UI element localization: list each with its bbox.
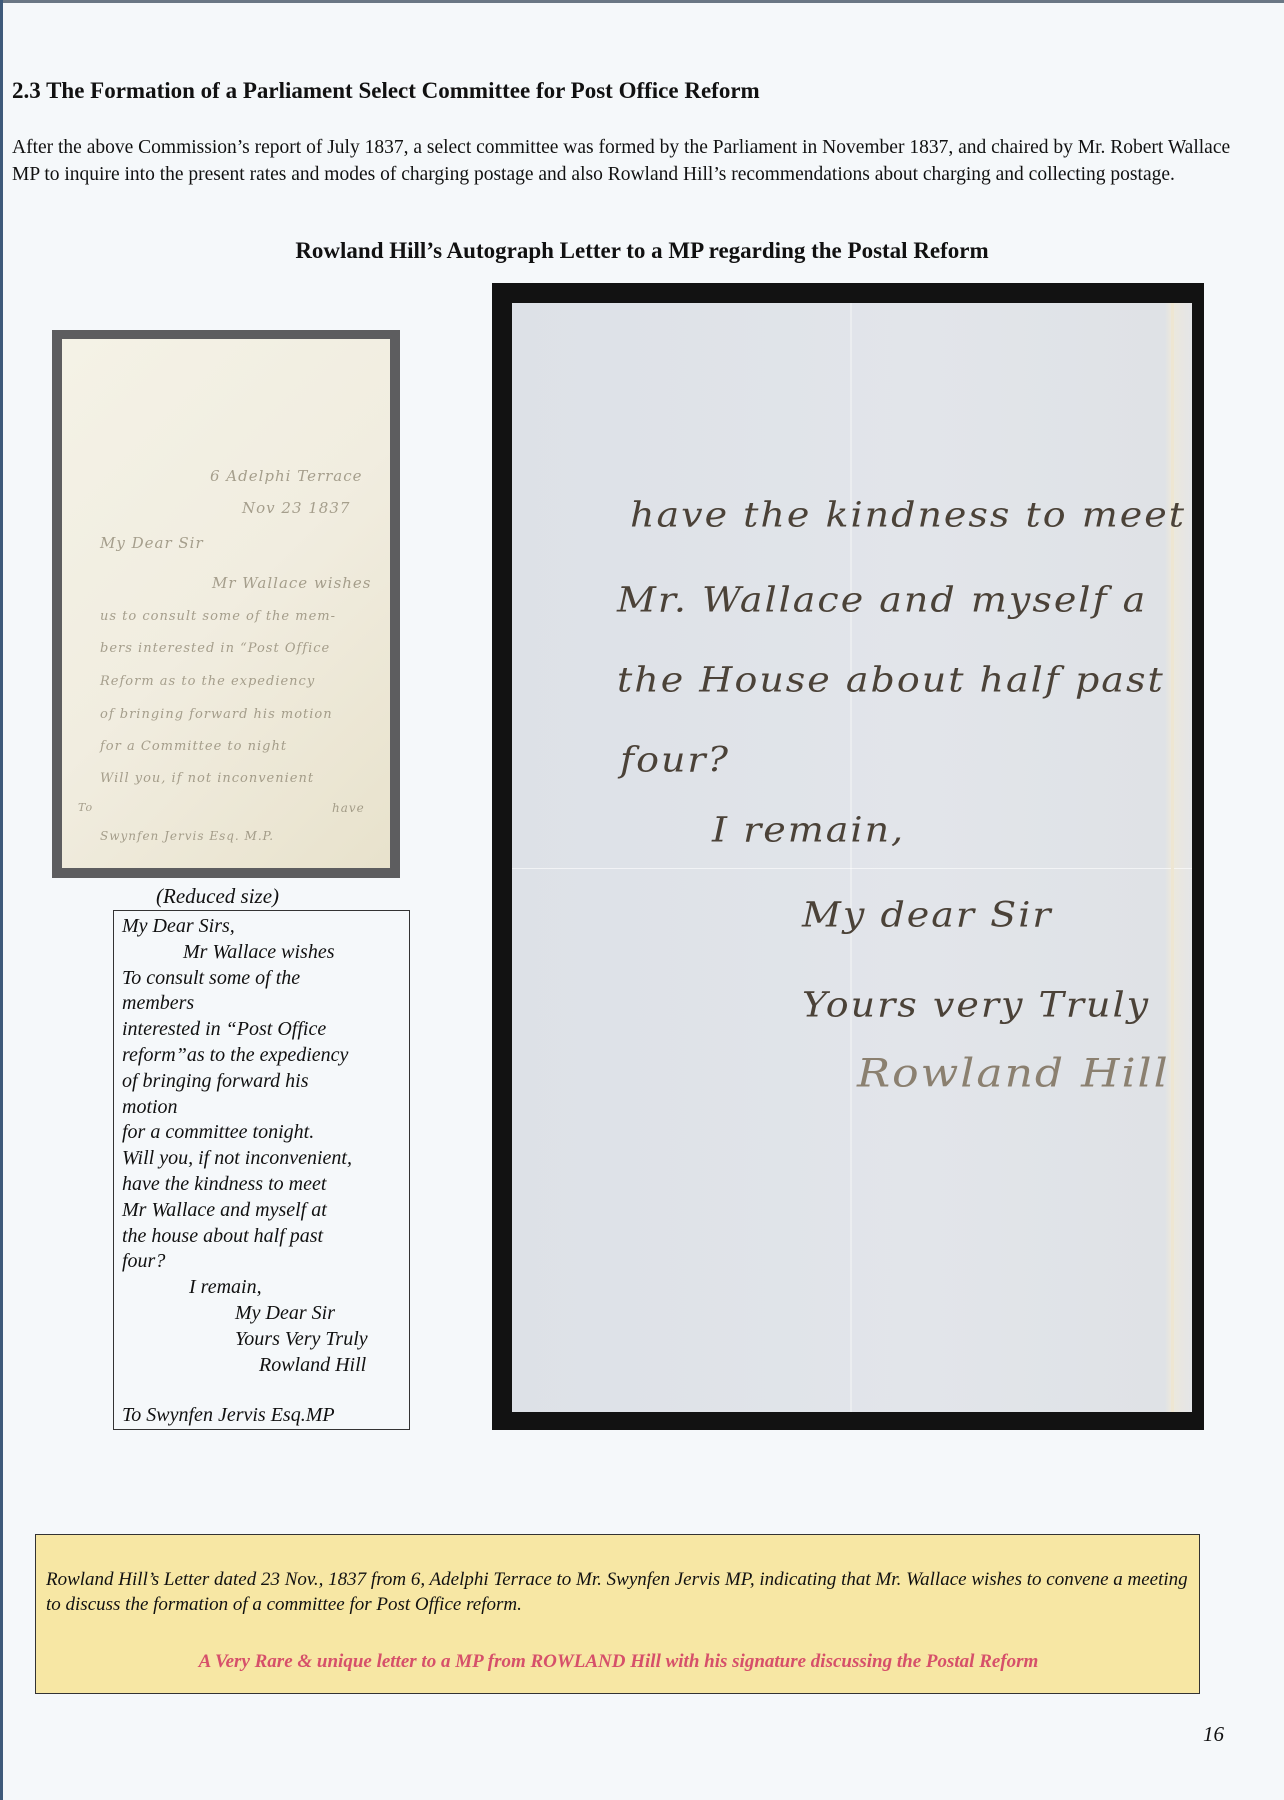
transcript-line: interested in “Post Office (122, 1017, 401, 1043)
thumb-line: Will you, if not inconvenient (100, 771, 314, 786)
intro-paragraph: After the above Commission’s report of J… (12, 134, 1257, 188)
letter-transcript-box: My Dear Sirs, Mr Wallace wishes To consu… (113, 910, 410, 1430)
thumb-line: To (78, 801, 93, 814)
autograph-letter-image: have the kindness to meet Mr. Wallace an… (492, 283, 1204, 1430)
transcript-line: Rowland Hill (122, 1353, 401, 1379)
transcript-addressee: To Swynfen Jervis Esq.MP (122, 1403, 401, 1429)
reduced-letter-paper: 6 Adelphi Terrace Nov 23 1837 My Dear Si… (62, 339, 390, 868)
thumb-line: Mr Wallace wishes (212, 574, 372, 592)
transcript-line: Yours Very Truly (122, 1327, 401, 1353)
transcript-line: four? (122, 1249, 401, 1275)
handwriting-line: Yours very Truly (802, 985, 1150, 1025)
description-text: Rowland Hill’s Letter dated 23 Nov., 183… (46, 1567, 1191, 1617)
exhibit-subtitle: Rowland Hill’s Autograph Letter to a MP … (0, 238, 1200, 264)
thumb-line: Swynfen Jervis Esq. M.P. (100, 829, 274, 843)
handwriting-line: have the kindness to meet (630, 495, 1186, 535)
page-number: 16 (1203, 1722, 1224, 1747)
signature: Rowland Hill (857, 1051, 1170, 1097)
transcript-line: My Dear Sir (122, 1301, 401, 1327)
transcript-line: of bringing forward his (122, 1069, 401, 1095)
reduced-letter-image: 6 Adelphi Terrace Nov 23 1837 My Dear Si… (52, 330, 400, 878)
handwriting-line: the House about half past (617, 660, 1165, 700)
transcript-line: members (122, 991, 401, 1017)
paper-edge (1171, 303, 1174, 1412)
transcript-line: I remain, (122, 1275, 401, 1301)
handwriting-line: four? (620, 740, 730, 780)
paper-fold-vertical (850, 303, 852, 1412)
thumb-line: Reform as to the expediency (100, 674, 315, 689)
transcript-line: the house about half past (122, 1224, 401, 1250)
reduced-size-caption: (Reduced size) (156, 884, 279, 909)
rarity-highlight: A Very Rare & unique letter to a MP from… (46, 1651, 1191, 1673)
thumb-line: us to consult some of the mem- (100, 609, 336, 624)
transcript-line: My Dear Sirs, (122, 914, 401, 940)
description-box: Rowland Hill’s Letter dated 23 Nov., 183… (35, 1534, 1200, 1694)
thumb-line: bers interested in “Post Office (100, 641, 330, 656)
transcript-line: To consult some of the (122, 966, 401, 992)
handwriting-line: I remain, (712, 810, 905, 850)
paper-fold-horizontal (512, 868, 1192, 869)
page-left-border (0, 0, 3, 1800)
page-top-border (0, 0, 1284, 3)
handwriting-line: Mr. Wallace and myself a (617, 580, 1147, 620)
transcript-line: Will you, if not inconvenient, (122, 1146, 401, 1172)
transcript-line: Mr Wallace wishes (122, 940, 401, 966)
transcript-line: Mr Wallace and myself at (122, 1198, 401, 1224)
section-title: 2.3 The Formation of a Parliament Select… (12, 78, 760, 104)
handwriting-line: My dear Sir (802, 895, 1053, 935)
transcript-line: reform”as to the expediency (122, 1043, 401, 1069)
thumb-line: Nov 23 1837 (242, 499, 350, 517)
thumb-line: 6 Adelphi Terrace (210, 467, 363, 485)
transcript-line: for a committee tonight. (122, 1120, 401, 1146)
letter-paper: have the kindness to meet Mr. Wallace an… (512, 303, 1192, 1412)
thumb-line: have (332, 801, 365, 815)
transcript-line: motion (122, 1095, 401, 1121)
thumb-line: for a Committee to night (100, 739, 287, 754)
thumb-line: My Dear Sir (100, 534, 204, 552)
transcript-spacer (122, 1378, 401, 1403)
thumb-line: of bringing forward his motion (100, 707, 333, 722)
transcript-line: have the kindness to meet (122, 1172, 401, 1198)
